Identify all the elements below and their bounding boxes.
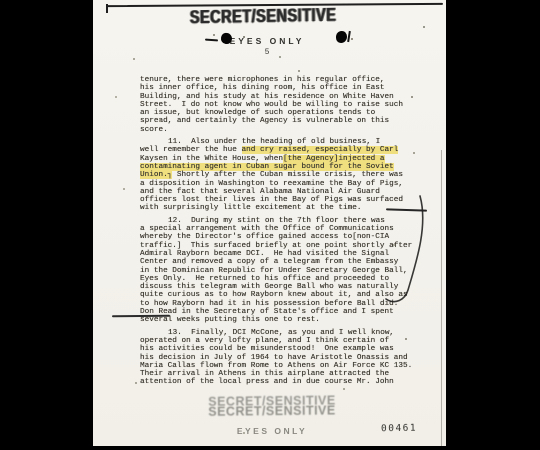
text-segment: well remember the hue xyxy=(140,146,242,154)
text-line: attention of the local press and in due … xyxy=(140,378,427,386)
scan-speckles xyxy=(93,0,95,2)
text-segment: several weeks putting this one to rest. xyxy=(140,316,320,324)
classification-stamp-top: SECRET/SENSITIVE xyxy=(93,4,433,30)
text-segment: Maria Callas flown from Rome to Athens o… xyxy=(140,362,412,370)
text-segment: tenure, there were microphones in his re… xyxy=(140,76,385,84)
text-segment: Don Read in the Secretary of State's off… xyxy=(140,308,394,316)
text-segment: 13. Finally, DCI McCone, as you and I we… xyxy=(168,329,394,337)
text-segment: his activities could be misunderstood! O… xyxy=(140,345,394,353)
text-segment: in the Dominican Republic for Under Secr… xyxy=(140,267,408,275)
classification-stamp-bottom: SECRET/SENSITIVE xyxy=(93,402,446,421)
highlighted-text: Union.┐ xyxy=(140,171,172,179)
eyes-only-stamp-top: EYES ONLY xyxy=(93,36,441,46)
text-segment: Their arrival in Athens in this airplane… xyxy=(140,370,389,378)
text-line: operated on a very lofty plane, and I th… xyxy=(140,337,427,345)
text-segment: a disposition in Washington to reexamine… xyxy=(140,180,403,188)
text-segment: traffic.] This surfaced briefly at one p… xyxy=(140,242,412,250)
text-line: his activities could be misunderstood! O… xyxy=(140,345,427,353)
text-line: score. xyxy=(140,126,427,134)
text-segment: spread, and certainly the Agency is vuln… xyxy=(140,117,389,125)
text-line: Building, and his study at his residence… xyxy=(140,93,427,101)
text-line: spread, and certainly the Agency is vuln… xyxy=(140,117,427,125)
text-segment: his decision in July of 1964 to have Ari… xyxy=(140,354,408,362)
letterbox: { "stamps": { "classification_top": "SEC… xyxy=(0,0,540,450)
text-line: his decision in July of 1964 to have Ari… xyxy=(140,354,427,362)
text-segment: Eyes Only. He returned to his office and… xyxy=(140,275,389,283)
text-segment: Center and removed a copy of a telegram … xyxy=(140,258,398,266)
text-segment: his inner office, his dining room, his o… xyxy=(140,84,385,92)
text-line: 13. Finally, DCI McCone, as you and I we… xyxy=(140,329,427,337)
text-segment: whereby the Director's office gained acc… xyxy=(140,233,389,241)
text-line: Maria Callas flown from Rome to Athens o… xyxy=(140,362,427,370)
text-segment: and the fact that several Alabama Nation… xyxy=(140,188,380,196)
text-segment: attention of the local press and in due … xyxy=(140,378,394,386)
document-page: SECRET/SENSITIVE EYES ONLY 5 tenure, the… xyxy=(93,0,446,446)
page-number: 5 xyxy=(93,48,441,57)
text-segment: with surprisingly little excitement at t… xyxy=(140,204,361,212)
text-segment: 11. Also under the heading of old busine… xyxy=(168,138,380,146)
text-line: well remember the hue and cry raised, es… xyxy=(140,146,427,154)
text-segment: Building, and his study at his residence… xyxy=(140,93,394,101)
text-segment: Kaysen in the White House, when xyxy=(140,155,283,163)
text-line: Union.┐ Shortly after the Cuban missile … xyxy=(140,171,427,179)
text-segment: a special arrangement with the Office of… xyxy=(140,225,394,233)
text-segment: Street. I do not know who would be willi… xyxy=(140,101,403,109)
text-segment: operated on a very lofty plane, and I th… xyxy=(140,337,389,345)
paragraph: tenure, there were microphones in his re… xyxy=(140,76,427,134)
text-line: Street. I do not know who would be willi… xyxy=(140,101,427,109)
document-serial-number: 00461 xyxy=(381,423,417,435)
highlighted-text: [ xyxy=(283,155,288,163)
text-segment: score. xyxy=(140,126,168,134)
paragraph: 13. Finally, DCI McCone, as you and I we… xyxy=(140,329,427,387)
page-scan-edge-line xyxy=(441,150,442,446)
highlighted-text: contaminating agent in Cuban sugar bound… xyxy=(140,163,394,171)
text-segment: quite curious as to how Rayborn knew abo… xyxy=(140,291,408,299)
text-line: Kaysen in the White House, when[the Agen… xyxy=(140,155,427,163)
text-segment: officers lost their lives in the Bay of … xyxy=(140,196,403,204)
text-segment: to how Rayborn had it in his possession … xyxy=(140,300,398,308)
text-segment: an issue, but knowledge of such operatio… xyxy=(140,109,375,117)
text-segment: 12. During my stint on the 7th floor the… xyxy=(168,217,385,225)
highlighted-text: ]injected a xyxy=(334,155,385,163)
highlighted-text: and cry raised, especially by Carl xyxy=(242,146,399,154)
text-segment: Shortly after the Cuban missile crisis, … xyxy=(172,171,403,179)
text-line: several weeks putting this one to rest. xyxy=(140,316,427,324)
text-segment: Admiral Rayborn became DCI. He had visit… xyxy=(140,250,389,258)
text-segment: discuss this telegram with George Ball w… xyxy=(140,283,398,291)
pen-margin-bracket-curve xyxy=(373,185,446,315)
text-line: his inner office, his dining room, his o… xyxy=(140,84,427,92)
